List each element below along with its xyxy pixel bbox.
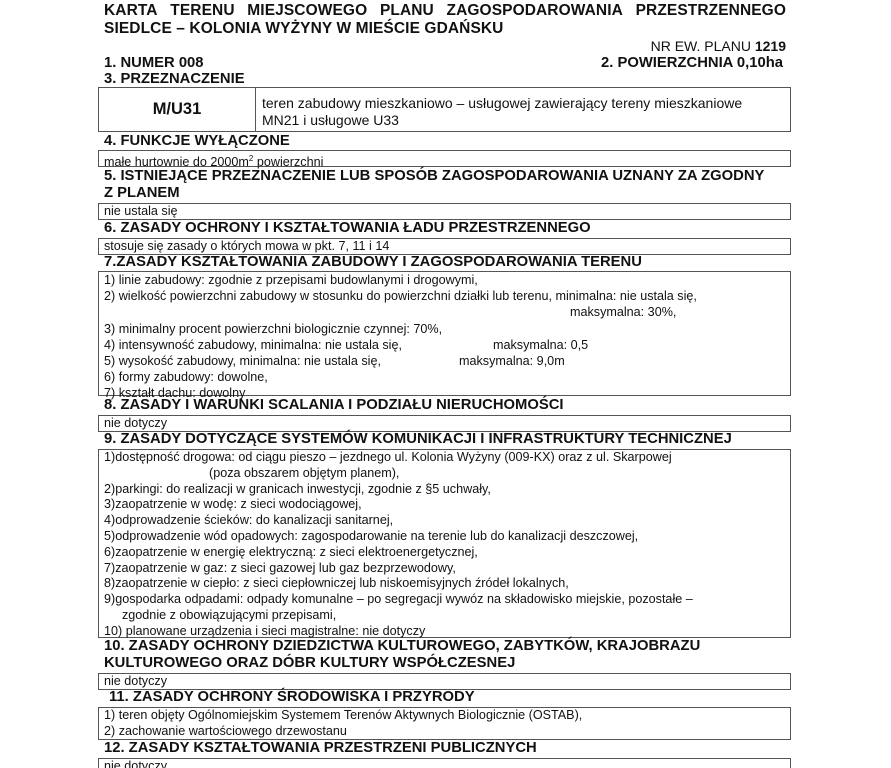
text-part: małe hurtownie do 2000m: [104, 155, 249, 169]
document-title-line2: SIEDLCE – KOLONIA WYŻYNY W MIEŚCIE GDAŃS…: [104, 20, 503, 38]
plan-number-value: 1219: [755, 38, 786, 54]
section-8-box: nie dotyczy: [98, 415, 791, 432]
list-item: (poza obszarem objętym planem),: [104, 466, 790, 482]
list-item: 5)odprowadzenie wód opadowych: zagospoda…: [104, 529, 790, 545]
section-6-heading: 6. ZASADY OCHRONY I KSZTAŁTOWANIA ŁADU P…: [104, 220, 591, 236]
zoning-description: teren zabudowy mieszkaniowo – usługowej …: [256, 88, 742, 131]
section-10-heading-line1: 10. ZASADY OCHRONY DZIEDZICTWA KULTUROWE…: [104, 638, 700, 654]
item-min: 5) wysokość zabudowy, minimalna: nie ust…: [104, 354, 381, 368]
item-max: maksymalna: 9,0m: [459, 353, 565, 369]
section-9-heading: 9. ZASADY DOTYCZĄCE SYSTEMÓW KOMUNIKACJI…: [104, 431, 732, 447]
section-10-text: nie dotyczy: [99, 674, 790, 689]
section-12-heading: 12. ZASADY KSZTAŁTOWANIA PRZESTRZENI PUB…: [104, 740, 537, 756]
list-item: 3) minimalny procent powierzchni biologi…: [104, 321, 790, 337]
list-item: 9)gospodarka odpadami: odpady komunalne …: [104, 592, 790, 608]
list-item: 8)zaopatrzenie w ciepło: z sieci ciepłow…: [104, 576, 790, 592]
list-item: 4) intensywność zabudowy, minimalna: nie…: [104, 337, 790, 353]
section-4-heading: 4. FUNKCJE WYŁĄCZONE: [104, 133, 290, 149]
powierzchnia-heading: 2. POWIERZCHNIA 0,10ha: [601, 55, 783, 71]
section-11-list: 1) teren objęty Ogólnomiejskim Systemem …: [99, 708, 790, 739]
section-8-heading: 8. ZASADY I WARUNKI SCALANIA I PODZIAŁU …: [104, 397, 564, 413]
plan-number-label: NR EW. PLANU: [651, 38, 751, 54]
section-5-text: nie ustala się: [99, 204, 790, 219]
section-10-box: nie dotyczy: [98, 673, 791, 690]
list-item: 6) formy zabudowy: dowolne,: [104, 369, 790, 385]
document-page: KARTA TERENU MIEJSCOWEGO PLANU ZAGOSPODA…: [0, 0, 891, 768]
section-9-list: 1)dostępność drogowa: od ciągu pieszo – …: [99, 450, 790, 640]
section-8-text: nie dotyczy: [99, 416, 790, 431]
section-5-heading-line1: 5. ISTNIEJĄCE PRZEZNACZENIE LUB SPOSÓB Z…: [104, 168, 764, 184]
list-item: 4)odprowadzenie ścieków: do kanalizacji …: [104, 513, 790, 529]
list-item: 6)zaopatrzenie w energię elektryczną: z …: [104, 545, 790, 561]
list-item: 7)zaopatrzenie w gaz: z sieci gazowej lu…: [104, 561, 790, 577]
section-3-heading: 3. PRZEZNACZENIE: [104, 71, 245, 87]
list-item: 5) wysokość zabudowy, minimalna: nie ust…: [104, 353, 790, 369]
item-min: 4) intensywność zabudowy, minimalna: nie…: [104, 338, 402, 352]
section-11-heading: 11. ZASADY OCHRONY ŚRODOWISKA I PRZYRODY: [109, 689, 475, 705]
title-word: MIEJSCOWEGO: [247, 2, 367, 20]
list-item: 1) linie zabudowy: zgodnie z przepisami …: [104, 272, 790, 288]
title-word: ZAGOSPODAROWANIA: [447, 2, 623, 20]
section-5-heading-line2: Z PLANEM: [104, 185, 180, 201]
list-item: 2)parkingi: do realizacji w granicach in…: [104, 482, 790, 498]
title-word: KARTA: [104, 2, 158, 20]
section-10-heading-line2: KULTUROWEGO ORAZ DÓBR KULTURY WSPÓŁCZESN…: [104, 655, 515, 671]
zoning-code: M/U31: [99, 88, 256, 131]
section-7-box: 1) linie zabudowy: zgodnie z przepisami …: [98, 271, 791, 396]
przeznaczenie-table: M/U31 teren zabudowy mieszkaniowo – usłu…: [98, 87, 791, 132]
list-item: maksymalna: 30%,: [104, 304, 790, 320]
list-item: 3)zaopatrzenie w wodę: z sieci wodociągo…: [104, 497, 790, 513]
section-4-box: małe hurtownie do 2000m2 powierzchni: [98, 150, 791, 167]
title-word: PLANU: [380, 2, 434, 20]
section-6-text: stosuje się zasady o których mowa w pkt.…: [99, 239, 790, 254]
title-word: PRZESTRZENNEGO: [636, 2, 786, 20]
title-word: TERENU: [170, 2, 234, 20]
list-item: 1)dostępność drogowa: od ciągu pieszo – …: [104, 450, 790, 466]
numer-heading: 1. NUMER 008: [104, 55, 204, 71]
list-item: zgodnie z obowiązującymi przepisami,: [104, 608, 790, 624]
section-7-list: 1) linie zabudowy: zgodnie z przepisami …: [99, 272, 790, 402]
zoning-description-line: teren zabudowy mieszkaniowo – usługowej …: [262, 95, 742, 112]
section-5-box: nie ustala się: [98, 203, 791, 220]
section-6-box: stosuje się zasady o których mowa w pkt.…: [98, 238, 791, 255]
zoning-description-line: MN21 i usługowe U33: [262, 112, 742, 129]
text-part: powierzchni: [253, 155, 323, 169]
plan-number: NR EW. PLANU 1219: [651, 38, 786, 54]
section-12-text: nie dotyczy: [99, 759, 790, 768]
section-9-box: 1)dostępność drogowa: od ciągu pieszo – …: [98, 449, 791, 638]
list-item: 2) wielkość powierzchni zabudowy w stosu…: [104, 288, 790, 304]
item-max: maksymalna: 0,5: [493, 337, 588, 353]
list-item: 2) zachowanie wartościowego drzewostanu: [104, 724, 790, 740]
document-title-line1: KARTA TERENU MIEJSCOWEGO PLANU ZAGOSPODA…: [104, 2, 786, 20]
section-12-box: nie dotyczy: [98, 758, 791, 768]
section-11-box: 1) teren objęty Ogólnomiejskim Systemem …: [98, 707, 791, 740]
list-item: 1) teren objęty Ogólnomiejskim Systemem …: [104, 708, 790, 724]
section-7-heading: 7.ZASADY KSZTAŁTOWANIA ZABUDOWY I ZAGOSP…: [104, 254, 642, 270]
